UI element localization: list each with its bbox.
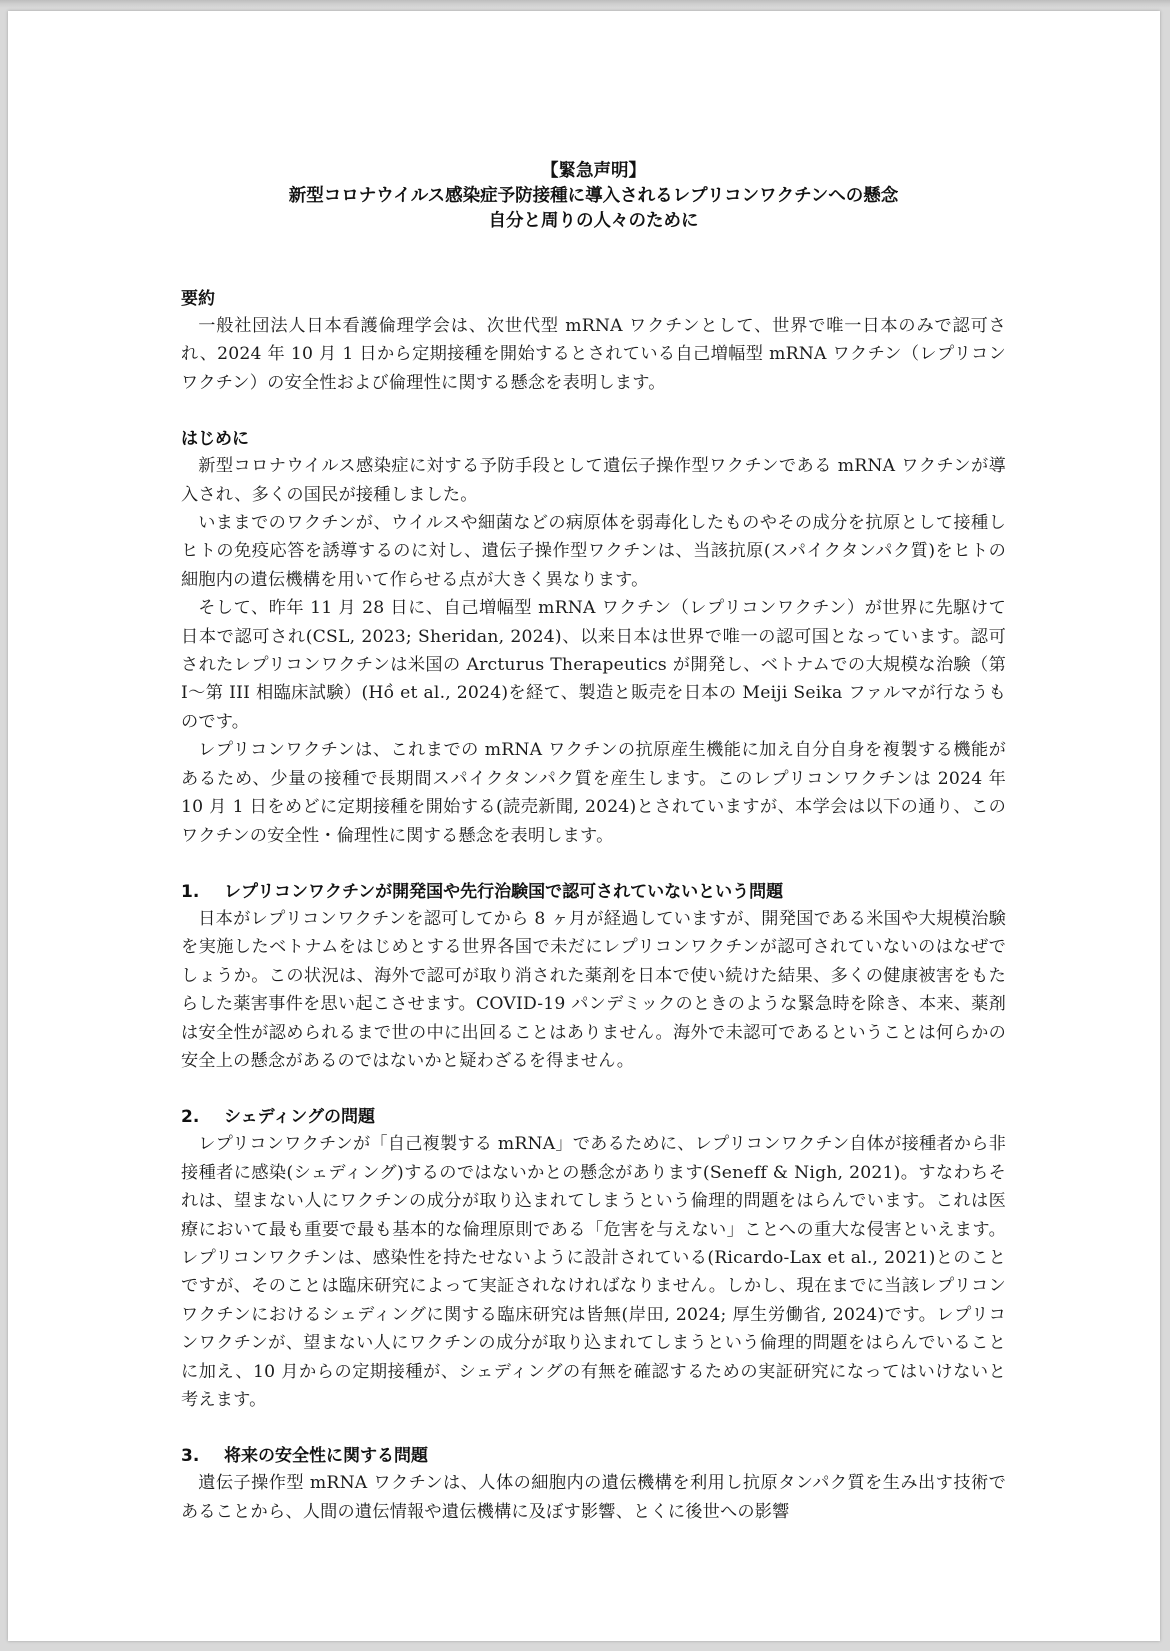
document-body: 【緊急声明】 新型コロナウイルス感染症予防接種に導入されるレプリコンワクチンへの…: [181, 149, 1006, 1526]
section-number: 3.: [181, 1443, 224, 1469]
section-introduction: はじめに 新型コロナウイルス感染症に対する予防手段として遺伝子操作型ワクチンであ…: [181, 426, 1006, 850]
paragraph: 遺伝子操作型 mRNA ワクチンは、人体の細胞内の遺伝機構を利用し抗原タンパク質…: [181, 1469, 1006, 1526]
section-heading-text: はじめに: [181, 429, 249, 449]
section-heading: 2.シェディングの問題: [181, 1104, 1006, 1130]
paragraph: そして、昨年 11 月 28 日に、自己増幅型 mRNA ワクチン（レプリコンワ…: [181, 594, 1006, 736]
paragraph: いままでのワクチンが、ウイルスや細菌などの病原体を弱毒化したものやその成分を抗原…: [181, 509, 1006, 594]
section-heading-text: 要約: [181, 289, 215, 309]
document-title: 【緊急声明】 新型コロナウイルス感染症予防接種に導入されるレプリコンワクチンへの…: [181, 159, 1006, 234]
section-heading: 要約: [181, 286, 1006, 312]
section-heading: はじめに: [181, 426, 1006, 452]
section-heading: 3.将来の安全性に関する問題: [181, 1443, 1006, 1469]
paragraph: レプリコンワクチンが「自己複製する mRNA」であるために、レプリコンワクチン自…: [181, 1130, 1006, 1414]
section-heading-text: シェディングの問題: [224, 1107, 375, 1127]
title-subtitle: 自分と周りの人々のために: [181, 209, 1006, 234]
paragraph: 新型コロナウイルス感染症に対する予防手段として遺伝子操作型ワクチンである mRN…: [181, 452, 1006, 509]
viewer-frame: 【緊急声明】 新型コロナウイルス感染症予防接種に導入されるレプリコンワクチンへの…: [0, 0, 1170, 1651]
title-label: 【緊急声明】: [181, 159, 1006, 184]
title-main: 新型コロナウイルス感染症予防接種に導入されるレプリコンワクチンへの懸念: [181, 184, 1006, 209]
paragraph: 一般社団法人日本看護倫理学会は、次世代型 mRNA ワクチンとして、世界で唯一日…: [181, 312, 1006, 397]
section-number: 1.: [181, 879, 224, 905]
section-number: 2.: [181, 1104, 224, 1130]
section-heading: 1.レプリコンワクチンが開発国や先行治験国で認可されていないという問題: [181, 879, 1006, 905]
paragraph: レプリコンワクチンは、これまでの mRNA ワクチンの抗原産生機能に加え自分自身…: [181, 736, 1006, 850]
section-summary: 要約 一般社団法人日本看護倫理学会は、次世代型 mRNA ワクチンとして、世界で…: [181, 286, 1006, 397]
section-heading-text: 将来の安全性に関する問題: [224, 1446, 428, 1466]
section-heading-text: レプリコンワクチンが開発国や先行治験国で認可されていないという問題: [224, 882, 783, 902]
section-1-unapproved-abroad: 1.レプリコンワクチンが開発国や先行治験国で認可されていないという問題 日本がレ…: [181, 879, 1006, 1075]
section-2-shedding: 2.シェディングの問題 レプリコンワクチンが「自己複製する mRNA」であるため…: [181, 1104, 1006, 1414]
section-3-future-safety: 3.将来の安全性に関する問題 遺伝子操作型 mRNA ワクチンは、人体の細胞内の…: [181, 1443, 1006, 1526]
paragraph: 日本がレプリコンワクチンを認可してから 8 ヶ月が経過していますが、開発国である…: [181, 905, 1006, 1075]
document-page: 【緊急声明】 新型コロナウイルス感染症予防接種に導入されるレプリコンワクチンへの…: [8, 11, 1160, 1641]
